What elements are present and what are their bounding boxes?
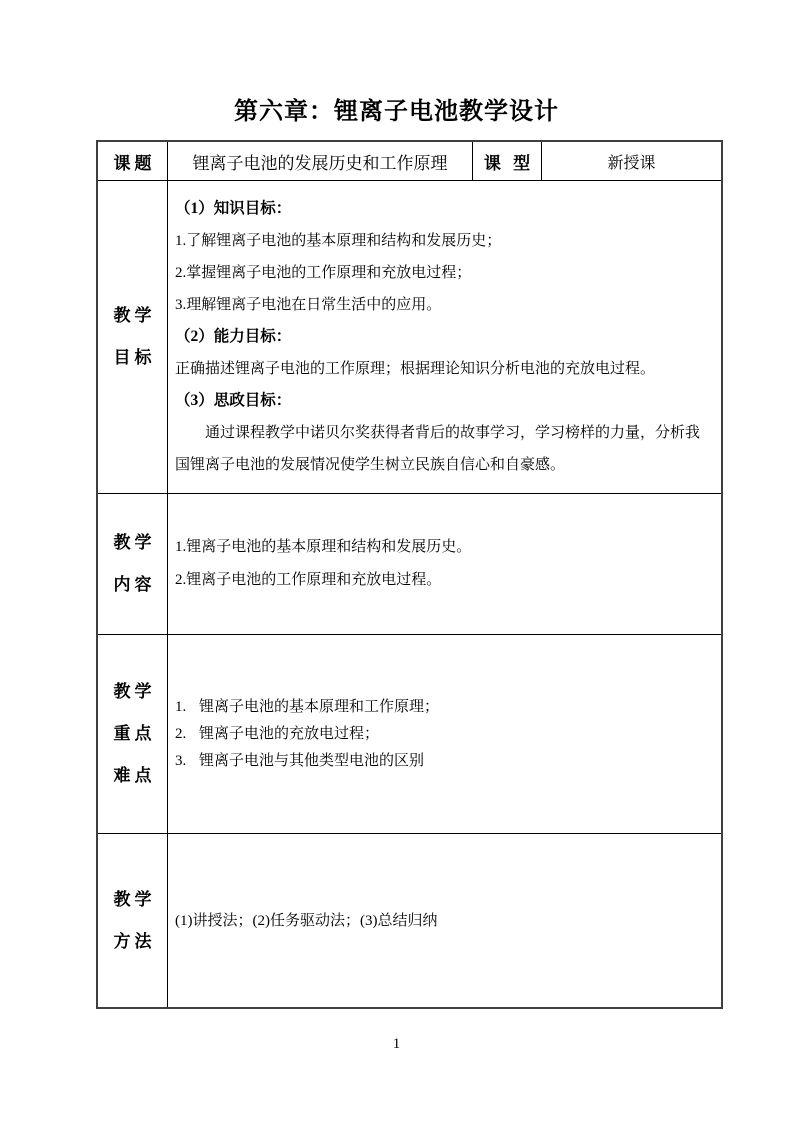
- list-marker: 2.: [175, 721, 199, 748]
- row-label-line: 教学: [114, 671, 156, 713]
- table-row: 教学方法(1)讲授法；(2)任务驱动法；(3)总结归纳: [98, 834, 721, 1007]
- paragraph: 1.锂离子电池的基本原理和结构和发展历史。: [175, 531, 709, 564]
- paragraph: （3）思政目标：: [175, 385, 709, 417]
- paragraph: 通过课程教学中诺贝尔奖获得者背后的故事学习，学习榜样的力量，分析我国锂离子电池的…: [175, 417, 709, 481]
- topic-label-cell: 课题: [98, 142, 168, 180]
- course-type-label-cell: 课 型: [473, 142, 542, 180]
- table-body: 教学目标（1）知识目标：1.了解锂离子电池的基本原理和结构和发展历史；2.掌握锂…: [98, 181, 721, 1007]
- row-label-line: 目标: [114, 337, 156, 379]
- table-row: 教学内容1.锂离子电池的基本原理和结构和发展历史。2.锂离子电池的工作原理和充放…: [98, 494, 721, 635]
- table-row: 教学目标（1）知识目标：1.了解锂离子电池的基本原理和结构和发展历史；2.掌握锂…: [98, 181, 721, 494]
- paragraph: (1)讲授法；(2)任务驱动法；(3)总结归纳: [175, 909, 709, 933]
- document-page: 第六章：锂离子电池教学设计 课题 锂离子电池的发展历史和工作原理 课 型 新授课…: [0, 0, 793, 1122]
- course-type-label: 课 型: [484, 149, 534, 174]
- row-content: 1.锂离子电池的基本原理和结构和发展历史。2.锂离子电池的工作原理和充放电过程。: [168, 494, 721, 634]
- row-label-line: 教学: [114, 522, 156, 564]
- row-label-line: 教学: [114, 879, 156, 921]
- list-marker: 1.: [175, 694, 199, 721]
- list-text: 锂离子电池与其他类型电池的区别: [199, 753, 424, 769]
- row-label-line: 难点: [114, 755, 156, 797]
- course-type-value: 新授课: [607, 150, 655, 173]
- topic-label: 课题: [114, 149, 156, 174]
- paragraph: 2.掌握锂离子电池的工作原理和充放电过程；: [175, 257, 709, 289]
- row-label: 教学目标: [98, 181, 168, 493]
- topic-value-cell: 锂离子电池的发展历史和工作原理: [168, 142, 473, 180]
- topic-value: 锂离子电池的发展历史和工作原理: [193, 149, 448, 174]
- row-label-line: 方法: [114, 921, 156, 963]
- list-marker: 3.: [175, 748, 199, 775]
- row-label-line: 重点: [114, 713, 156, 755]
- row-content: （1）知识目标：1.了解锂离子电池的基本原理和结构和发展历史；2.掌握锂离子电池…: [168, 181, 721, 493]
- row-label: 教学方法: [98, 834, 168, 1007]
- page-number: 1: [0, 1034, 793, 1054]
- paragraph: 正确描述锂离子电池的工作原理；根据理论知识分析电池的充放电过程。: [175, 353, 709, 385]
- paragraph: 3.理解锂离子电池在日常生活中的应用。: [175, 289, 709, 321]
- paragraph: （1）知识目标：: [175, 193, 709, 225]
- table-row: 教学重点难点1.锂离子电池的基本原理和工作原理；2.锂离子电池的充放电过程；3.…: [98, 635, 721, 834]
- row-label-line: 内容: [114, 564, 156, 606]
- paragraph: 1.了解锂离子电池的基本原理和结构和发展历史；: [175, 225, 709, 257]
- row-content: 1.锂离子电池的基本原理和工作原理；2.锂离子电池的充放电过程；3.锂离子电池与…: [168, 635, 721, 833]
- list-text: 锂离子电池的充放电过程；: [199, 726, 379, 742]
- row-content: (1)讲授法；(2)任务驱动法；(3)总结归纳: [168, 834, 721, 1007]
- row-label-line: 教学: [114, 295, 156, 337]
- paragraph: （2）能力目标：: [175, 321, 709, 353]
- lesson-plan-table: 课题 锂离子电池的发展历史和工作原理 课 型 新授课 教学目标（1）知识目标：1…: [96, 140, 723, 1009]
- row-label: 教学重点难点: [98, 635, 168, 833]
- paragraph: 3.锂离子电池与其他类型电池的区别: [175, 748, 709, 775]
- paragraph: 1.锂离子电池的基本原理和工作原理；: [175, 694, 709, 721]
- table-header-row: 课题 锂离子电池的发展历史和工作原理 课 型 新授课: [98, 142, 721, 181]
- list-text: 锂离子电池的基本原理和工作原理；: [199, 699, 439, 715]
- row-label: 教学内容: [98, 494, 168, 634]
- paragraph: 2.锂离子电池的充放电过程；: [175, 721, 709, 748]
- page-title: 第六章：锂离子电池教学设计: [0, 94, 793, 130]
- course-type-value-cell: 新授课: [542, 142, 721, 180]
- paragraph: 2.锂离子电池的工作原理和充放电过程。: [175, 564, 709, 597]
